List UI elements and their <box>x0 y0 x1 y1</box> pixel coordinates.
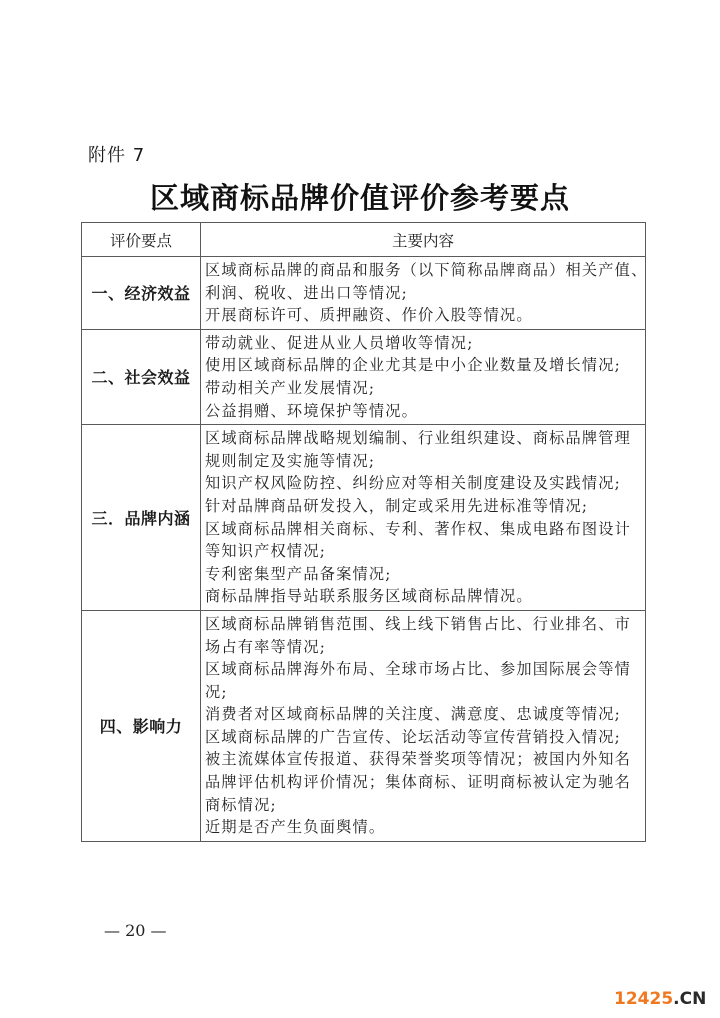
content-line: 区域商标品牌销售范围、线上线下销售占比、行业排名、市 <box>205 613 645 636</box>
row-content: 区域商标品牌销售范围、线上线下销售占比、行业排名、市 场占有率等情况; 区域商标… <box>201 610 646 841</box>
content-line: 况; <box>205 681 645 704</box>
evaluation-table: 评价要点 主要内容 一、经济效益 区域商标品牌的商品和服务（以下简称品牌商品）相… <box>81 222 646 842</box>
row-content: 带动就业、促进从业人员增收等情况; 使用区域商标品牌的企业尤其是中小企业数量及增… <box>201 329 646 424</box>
content-line: 区域商标品牌的商品和服务（以下简称品牌商品）相关产值、 <box>205 259 645 282</box>
content-line: 利润、税收、进出口等情况; <box>205 282 645 305</box>
row-content: 区域商标品牌战略规划编制、行业组织建设、商标品牌管理 规则制定及实施等情况; 知… <box>201 425 646 611</box>
content-line: 区域商标品牌相关商标、专利、著作权、集成电路布图设计 <box>205 518 645 541</box>
content-line: 场占有率等情况; <box>205 636 645 659</box>
content-line: 针对品牌商品研发投入，制定或采用先进标准等情况; <box>205 495 645 518</box>
content-line: 近期是否产生负面舆情。 <box>205 816 645 839</box>
content-line: 等知识产权情况; <box>205 540 645 563</box>
row-key: 一、经济效益 <box>82 257 201 330</box>
content-line: 区域商标品牌的广告宣传、论坛活动等宣传营销投入情况; <box>205 726 645 749</box>
content-line: 规则制定及实施等情况; <box>205 450 645 473</box>
document-title: 区域商标品牌价值评价参考要点 <box>0 176 720 217</box>
content-line: 消费者对区域商标品牌的关注度、满意度、忠诚度等情况; <box>205 703 645 726</box>
content-line: 带动相关产业发展情况; <box>205 377 645 400</box>
row-key: 三．品牌内涵 <box>82 425 201 611</box>
header-content: 主要内容 <box>201 223 646 257</box>
table-row: 一、经济效益 区域商标品牌的商品和服务（以下简称品牌商品）相关产值、 利润、税收… <box>82 257 646 330</box>
content-line: 使用区域商标品牌的企业尤其是中小企业数量及增长情况; <box>205 354 645 377</box>
content-line: 公益捐赠、环境保护等情况。 <box>205 400 645 423</box>
content-line: 品牌评估机构评价情况；集体商标、证明商标被认定为驰名 <box>205 771 645 794</box>
row-key: 二、社会效益 <box>82 329 201 424</box>
attachment-label: 附件 7 <box>88 141 145 167</box>
content-line: 带动就业、促进从业人员增收等情况; <box>205 332 645 355</box>
table-row: 四、影响力 区域商标品牌销售范围、线上线下销售占比、行业排名、市 场占有率等情况… <box>82 610 646 841</box>
page-number: — 20 — <box>104 921 167 940</box>
row-key: 四、影响力 <box>82 610 201 841</box>
header-key: 评价要点 <box>82 223 201 257</box>
content-line: 商标情况; <box>205 794 645 817</box>
table-header-row: 评价要点 主要内容 <box>82 223 646 257</box>
watermark-number: 12425 <box>614 989 673 1009</box>
content-line: 知识产权风险防控、纠纷应对等相关制度建设及实践情况; <box>205 472 645 495</box>
table-row: 三．品牌内涵 区域商标品牌战略规划编制、行业组织建设、商标品牌管理 规则制定及实… <box>82 425 646 611</box>
content-line: 区域商标品牌战略规划编制、行业组织建设、商标品牌管理 <box>205 427 645 450</box>
watermark-suffix: .CN <box>673 989 706 1009</box>
content-line: 专利密集型产品备案情况; <box>205 563 645 586</box>
content-line: 商标品牌指导站联系服务区域商标品牌情况。 <box>205 585 645 608</box>
content-line: 被主流媒体宣传报道、获得荣誉奖项等情况；被国内外知名 <box>205 748 645 771</box>
row-content: 区域商标品牌的商品和服务（以下简称品牌商品）相关产值、 利润、税收、进出口等情况… <box>201 257 646 330</box>
table-row: 二、社会效益 带动就业、促进从业人员增收等情况; 使用区域商标品牌的企业尤其是中… <box>82 329 646 424</box>
site-watermark: 12425.CN <box>614 989 706 1009</box>
content-line: 开展商标许可、质押融资、作价入股等情况。 <box>205 304 645 327</box>
content-line: 区域商标品牌海外布局、全球市场占比、参加国际展会等情 <box>205 658 645 681</box>
